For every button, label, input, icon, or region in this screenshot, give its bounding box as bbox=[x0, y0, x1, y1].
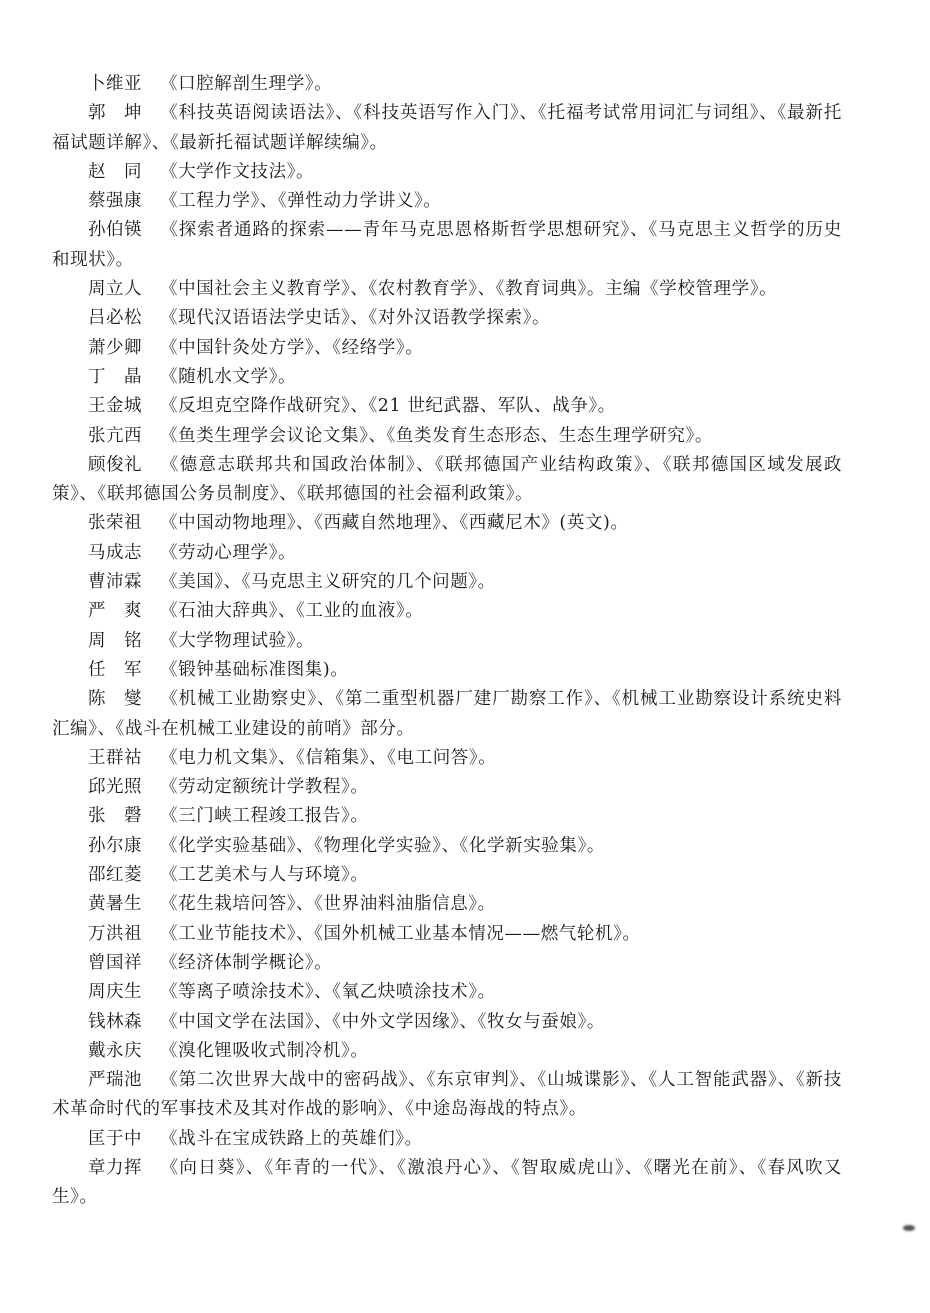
author-works: 《石油大辞典》、《工业的血液》。 bbox=[160, 601, 423, 621]
author-name: 吕必松 bbox=[88, 304, 148, 333]
author-works: 《等离子喷涂技术》、《氧乙炔喷涂技术》。 bbox=[160, 982, 496, 1002]
author-name: 章力挥 bbox=[88, 1154, 148, 1183]
author-works: 《工程力学》、《弹性动力学讲义》。 bbox=[160, 191, 441, 211]
author-works: 《中国动物地理》、《西藏自然地理》、《西藏尼木》(英文)。 bbox=[160, 513, 629, 533]
author-name: 黄暑生 bbox=[88, 890, 148, 919]
author-name: 万洪祖 bbox=[88, 920, 148, 949]
author-name: 孙尔康 bbox=[88, 832, 148, 861]
author-works: 《劳动定额统计学教程》。 bbox=[160, 777, 368, 797]
author-works: 《化学实验基础》、《物理化学实验》、《化学新实验集》。 bbox=[160, 836, 605, 856]
author-name: 张亢西 bbox=[88, 422, 148, 451]
author-name: 邱光照 bbox=[88, 773, 148, 802]
author-name: 郭 坤 bbox=[88, 99, 148, 128]
author-entry: 邵红菱《工艺美术与人与环境》。 bbox=[52, 861, 842, 890]
author-works: 《劳动心理学》。 bbox=[160, 543, 296, 563]
author-entry: 张 磬《三门峡工程竣工报告》。 bbox=[52, 802, 842, 831]
author-works: 《三门峡工程竣工报告》。 bbox=[160, 806, 368, 826]
author-name: 马成志 bbox=[88, 539, 148, 568]
author-entry: 周 铭《大学物理试验》。 bbox=[52, 627, 842, 656]
author-entry: 黄暑生《花生栽培问答》、《世界油料油脂信息》。 bbox=[52, 890, 842, 919]
author-name: 赵 同 bbox=[88, 158, 148, 187]
author-works: 《中国文学在法国》、《中外文学因缘》、《牧女与蚕娘》。 bbox=[160, 1012, 605, 1032]
author-entry: 万洪祖《工业节能技术》、《国外机械工业基本情况——燃气轮机》。 bbox=[52, 920, 842, 949]
author-works: 《溴化锂吸收式制冷机》。 bbox=[160, 1041, 368, 1061]
author-entry: 张亢西《鱼类生理学会议论文集》、《鱼类发育生态形态、生态生理学研究》。 bbox=[52, 422, 842, 451]
author-name: 王金城 bbox=[88, 392, 148, 421]
author-works: 《口腔解剖生理学》。 bbox=[160, 74, 332, 94]
author-name: 陈 燮 bbox=[88, 685, 148, 714]
author-name: 戴永庆 bbox=[88, 1037, 148, 1066]
author-works: 《战斗在宝成铁路上的英雄们》。 bbox=[160, 1129, 423, 1149]
author-works: 《反坦克空降作战研究》、《21 世纪武器、军队、战争》。 bbox=[160, 396, 616, 416]
author-entry: 郭 坤《科技英语阅读语法》、《科技英语写作入门》、《托福考试常用词汇与词组》、《… bbox=[52, 99, 842, 158]
author-entry: 张荣祖《中国动物地理》、《西藏自然地理》、《西藏尼木》(英文)。 bbox=[52, 509, 842, 538]
author-name: 蔡强康 bbox=[88, 187, 148, 216]
author-entry: 匡于中《战斗在宝成铁路上的英雄们》。 bbox=[52, 1125, 842, 1154]
author-works: 《电力机文集》、《信箱集》、《电工问答》。 bbox=[160, 748, 496, 768]
author-name: 匡于中 bbox=[88, 1125, 148, 1154]
author-entry: 曹沛霖《美国》、《马克思主义研究的几个问题》。 bbox=[52, 568, 842, 597]
author-works: 《随机水文学》。 bbox=[160, 367, 296, 387]
author-name: 张荣祖 bbox=[88, 509, 148, 538]
author-entry bbox=[52, 1213, 842, 1242]
author-name: 卜维亚 bbox=[88, 70, 148, 99]
author-name: 孙伯锳 bbox=[88, 216, 148, 245]
author-name: 张 磬 bbox=[88, 802, 148, 831]
author-name: 任 军 bbox=[88, 656, 148, 685]
author-works: 《鱼类生理学会议论文集》、《鱼类发育生态形态、生态生理学研究》。 bbox=[160, 426, 713, 446]
author-entry: 邱光照《劳动定额统计学教程》。 bbox=[52, 773, 842, 802]
author-name: 邵红菱 bbox=[88, 861, 148, 890]
author-works: 《现代汉语语法学史话》、《对外汉语教学探索》。 bbox=[160, 308, 550, 328]
author-entry: 萧少卿《中国针灸处方学》、《经络学》。 bbox=[52, 334, 842, 363]
author-entry: 马成志《劳动心理学》。 bbox=[52, 539, 842, 568]
author-entry: 严 爽《石油大辞典》、《工业的血液》。 bbox=[52, 597, 842, 626]
author-entry: 周庆生《等离子喷涂技术》、《氧乙炔喷涂技术》。 bbox=[52, 978, 842, 1007]
author-works: 《大学物理试验》。 bbox=[160, 631, 314, 651]
author-entry: 蔡强康《工程力学》、《弹性动力学讲义》。 bbox=[52, 187, 842, 216]
author-entry: 章力挥《向日葵》、《年青的一代》、《激浪丹心》、《智取威虎山》、《曙光在前》、《… bbox=[52, 1154, 842, 1213]
author-entry: 周立人《中国社会主义教育学》、《农村教育学》、《教育词典》。主编《学校管理学》。 bbox=[52, 275, 842, 304]
author-works: 《花生栽培问答》、《世界油料油脂信息》。 bbox=[160, 894, 496, 914]
author-works: 《工业节能技术》、《国外机械工业基本情况——燃气轮机》。 bbox=[160, 924, 641, 944]
author-entry: 陈 燮《机械工业勘察史》、《第二重型机器厂建厂勘察工作》、《机械工业勘察设计系统… bbox=[52, 685, 842, 744]
author-works: 《中国社会主义教育学》、《农村教育学》、《教育词典》。主编《学校管理学》。 bbox=[160, 279, 777, 299]
author-entry: 戴永庆《溴化锂吸收式制冷机》。 bbox=[52, 1037, 842, 1066]
author-entry: 王群祜《电力机文集》、《信箱集》、《电工问答》。 bbox=[52, 744, 842, 773]
author-works: 《经济体制学概论》。 bbox=[160, 953, 332, 973]
author-works: 《中国针灸处方学》、《经络学》。 bbox=[160, 338, 423, 358]
author-name: 顾俊礼 bbox=[88, 451, 148, 480]
author-entry: 丁 晶《随机水文学》。 bbox=[52, 363, 842, 392]
author-entry: 吕必松《现代汉语语法学史话》、《对外汉语教学探索》。 bbox=[52, 304, 842, 333]
author-works: 《锻钟基础标准图集)。 bbox=[160, 660, 348, 680]
author-entry: 孙伯锳《探索者通路的探索——青年马克思恩格斯哲学思想研究》、《马克思主义哲学的历… bbox=[52, 216, 842, 275]
author-entry: 钱林森《中国文学在法国》、《中外文学因缘》、《牧女与蚕娘》。 bbox=[52, 1008, 842, 1037]
author-works: 《探索者通路的探索——青年马克思恩格斯哲学思想研究》、《马克思主义哲学的历史和现… bbox=[52, 220, 842, 269]
scan-smudge-mark bbox=[903, 1225, 915, 1231]
author-name: 曾国祥 bbox=[88, 949, 148, 978]
author-entry: 卜维亚《口腔解剖生理学》。 bbox=[52, 70, 842, 99]
author-name: 周庆生 bbox=[88, 978, 148, 1007]
author-entry: 王金城《反坦克空降作战研究》、《21 世纪武器、军队、战争》。 bbox=[52, 392, 842, 421]
document-page: 卜维亚《口腔解剖生理学》。 郭 坤《科技英语阅读语法》、《科技英语写作入门》、《… bbox=[52, 70, 842, 1242]
author-entry: 任 军《锻钟基础标准图集)。 bbox=[52, 656, 842, 685]
author-entry: 严瑞池《第二次世界大战中的密码战》、《东京审判》、《山城谍影》、《人工智能武器》… bbox=[52, 1066, 842, 1125]
author-name: 周 铭 bbox=[88, 627, 148, 656]
author-name: 萧少卿 bbox=[88, 334, 148, 363]
author-entry: 孙尔康《化学实验基础》、《物理化学实验》、《化学新实验集》。 bbox=[52, 832, 842, 861]
author-works: 《工艺美术与人与环境》。 bbox=[160, 865, 368, 885]
author-works: 《科技英语阅读语法》、《科技英语写作入门》、《托福考试常用词汇与词组》、《最新托… bbox=[52, 103, 842, 152]
author-works: 《美国》、《马克思主义研究的几个问题》。 bbox=[160, 572, 496, 592]
author-works: 《机械工业勘察史》、《第二重型机器厂建厂勘察工作》、《机械工业勘察设计系统史料汇… bbox=[52, 689, 842, 738]
author-name: 曹沛霖 bbox=[88, 568, 148, 597]
author-works: 《向日葵》、《年青的一代》、《激浪丹心》、《智取威虎山》、《曙光在前》、《春风吹… bbox=[52, 1158, 842, 1207]
author-entry: 曾国祥《经济体制学概论》。 bbox=[52, 949, 842, 978]
author-works: 《大学作文技法》。 bbox=[160, 162, 314, 182]
author-entry: 赵 同《大学作文技法》。 bbox=[52, 158, 842, 187]
author-name: 丁 晶 bbox=[88, 363, 148, 392]
author-name: 周立人 bbox=[88, 275, 148, 304]
author-works: 《第二次世界大战中的密码战》、《东京审判》、《山城谍影》、《人工智能武器》、《新… bbox=[52, 1070, 842, 1119]
author-name: 严瑞池 bbox=[88, 1066, 148, 1095]
author-works: 《德意志联邦共和国政治体制》、《联邦德国产业结构政策》、《联邦德国区域发展政策》… bbox=[52, 455, 842, 504]
author-entry: 顾俊礼《德意志联邦共和国政治体制》、《联邦德国产业结构政策》、《联邦德国区域发展… bbox=[52, 451, 842, 510]
author-name: 王群祜 bbox=[88, 744, 148, 773]
author-name: 严 爽 bbox=[88, 597, 148, 626]
author-name: 钱林森 bbox=[88, 1008, 148, 1037]
